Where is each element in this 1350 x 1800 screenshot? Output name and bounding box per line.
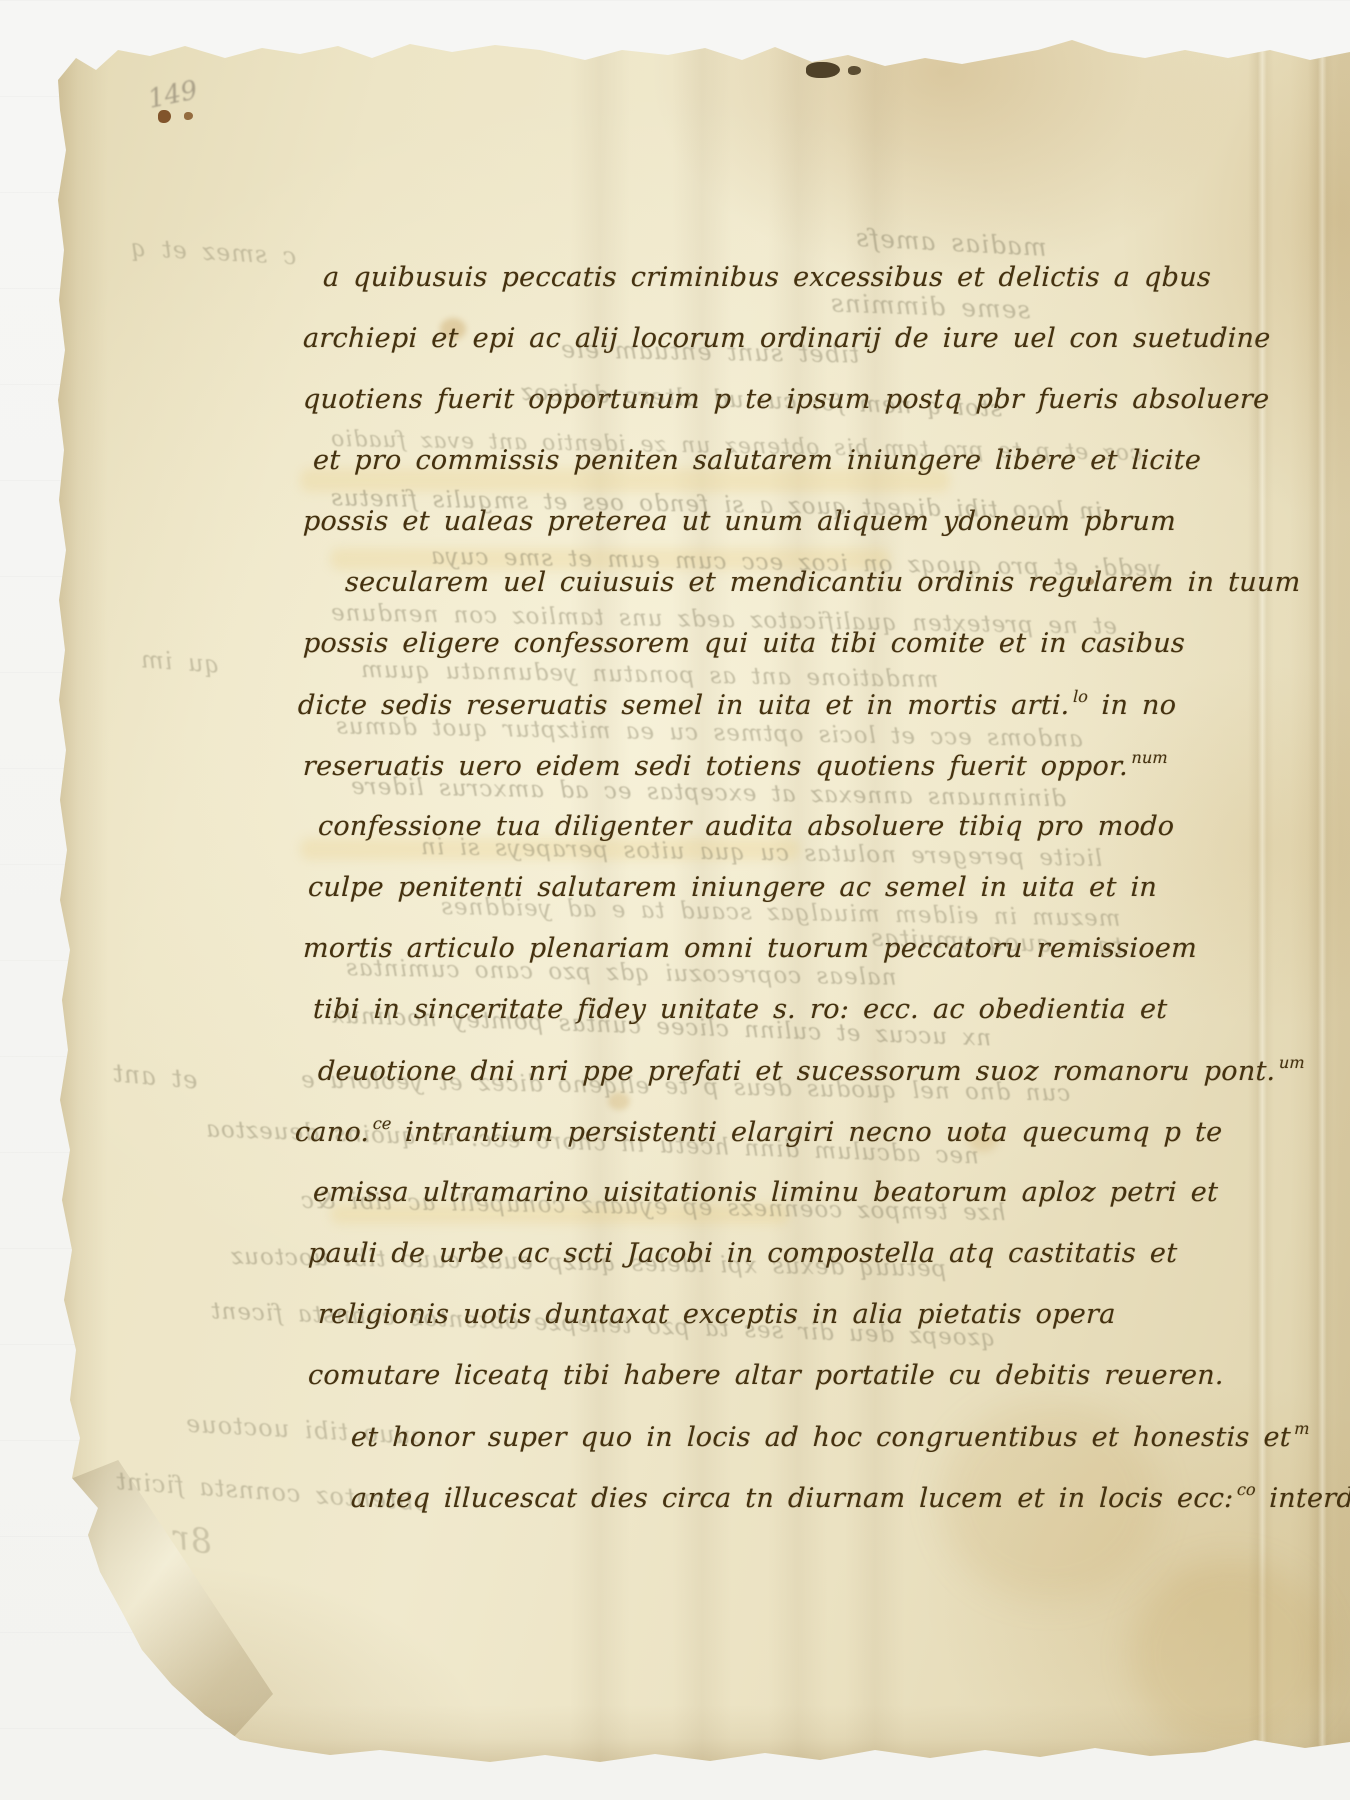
manuscript-line-20: et honor super quo in locis ad hoc congr… (350, 1421, 1309, 1453)
line-text: secularem uel cuiusuis et mendicantiu or… (344, 567, 1301, 598)
manuscript-line-2: archiepi et epi ac alij locorum ordinari… (302, 323, 1271, 354)
manuscript-line-1: a quibusuis peccatis criminibus excessib… (322, 262, 1211, 293)
superscript-abbreviation: ce (372, 1114, 391, 1133)
manuscript-line-15: cano.ce intrantium persistenti elargiri … (294, 1116, 1223, 1148)
manuscript-line-11: culpe penitenti salutarem iniungere ac s… (307, 872, 1157, 903)
line-text: tibi in sinceritate fidey unitate s. ro:… (312, 994, 1168, 1025)
manuscript-page: c smez et qmadias amefsseme dimminstibet… (0, 0, 1350, 1800)
line-text: anteq illucescat dies circa tn diurnam l… (350, 1483, 1234, 1514)
manuscript-line-4: et pro commissis peniten salutarem iniun… (312, 445, 1201, 476)
line-text: pauli de urbe ac scti Jacobi in composte… (307, 1238, 1177, 1269)
text-block: a quibusuis peccatis criminibus excessib… (0, 0, 1350, 1800)
line-text: quotiens fuerit opportunum p te ipsum po… (302, 384, 1270, 415)
line-text: cano. (294, 1117, 370, 1148)
line-text: intrantium persistenti elargiri necno uo… (391, 1117, 1223, 1148)
speck-margin (22, 1022, 31, 1030)
scanner-background: c smez et qmadias amefsseme dimminstibet… (0, 0, 1350, 1800)
manuscript-line-5: possis et ualeas preterea ut unum alique… (302, 506, 1176, 537)
superscript-abbreviation: um (1279, 1053, 1305, 1072)
line-text: et honor super quo in locis ad hoc congr… (350, 1422, 1291, 1453)
line-text: interdicto (1255, 1483, 1350, 1514)
manuscript-line-14: deuotione dni nri ppe prefati et sucesso… (317, 1055, 1305, 1087)
line-text: comutare liceatq tibi habere altar porta… (307, 1360, 1224, 1391)
line-text: possis eligere confessorem qui uita tibi… (302, 628, 1185, 659)
manuscript-line-7: possis eligere confessorem qui uita tibi… (302, 628, 1185, 659)
line-text: possis et ualeas preterea ut unum alique… (302, 506, 1176, 537)
manuscript-line-3: quotiens fuerit opportunum p te ipsum po… (302, 384, 1270, 415)
line-text: culpe penitenti salutarem iniungere ac s… (307, 872, 1157, 903)
superscript-abbreviation: m (1294, 1419, 1310, 1438)
manuscript-line-10: confessione tua diligenter audita absolu… (317, 811, 1174, 842)
line-text: dicte sedis reseruatis semel in uita et … (297, 690, 1070, 721)
manuscript-line-17: pauli de urbe ac scti Jacobi in composte… (307, 1238, 1177, 1269)
line-text: mortis articulo plenariam omni tuorum pe… (302, 933, 1197, 964)
manuscript-line-18: religionis uotis duntaxat exceptis in al… (317, 1299, 1116, 1330)
line-text: religionis uotis duntaxat exceptis in al… (317, 1299, 1116, 1330)
line-text: et pro commissis peniten salutarem iniun… (312, 445, 1201, 476)
manuscript-line-13: tibi in sinceritate fidey unitate s. ro:… (312, 994, 1168, 1025)
superscript-abbreviation: num (1131, 748, 1168, 767)
line-text: in no (1087, 690, 1177, 721)
line-text: confessione tua diligenter audita absolu… (317, 811, 1174, 842)
manuscript-line-21: anteq illucescat dies circa tn diurnam l… (350, 1482, 1350, 1514)
manuscript-line-9: reseruatis uero eidem sedi totiens quoti… (302, 750, 1168, 782)
line-text: deuotione dni nri ppe prefati et sucesso… (317, 1056, 1276, 1087)
manuscript-line-8: dicte sedis reseruatis semel in uita et … (297, 689, 1176, 721)
line-text: a quibusuis peccatis criminibus excessib… (322, 262, 1211, 293)
line-text: archiepi et epi ac alij locorum ordinari… (302, 323, 1271, 354)
manuscript-line-6: secularem uel cuiusuis et mendicantiu or… (344, 567, 1301, 598)
superscript-abbreviation: lo (1073, 687, 1089, 706)
line-text: emissa ultramarino uisitationis liminu b… (312, 1177, 1218, 1208)
superscript-abbreviation: co (1237, 1480, 1256, 1499)
manuscript-line-19: comutare liceatq tibi habere altar porta… (307, 1360, 1224, 1391)
manuscript-line-12: mortis articulo plenariam omni tuorum pe… (302, 933, 1197, 964)
line-text: reseruatis uero eidem sedi totiens quoti… (302, 751, 1128, 782)
manuscript-line-16: emissa ultramarino uisitationis liminu b… (312, 1177, 1218, 1208)
